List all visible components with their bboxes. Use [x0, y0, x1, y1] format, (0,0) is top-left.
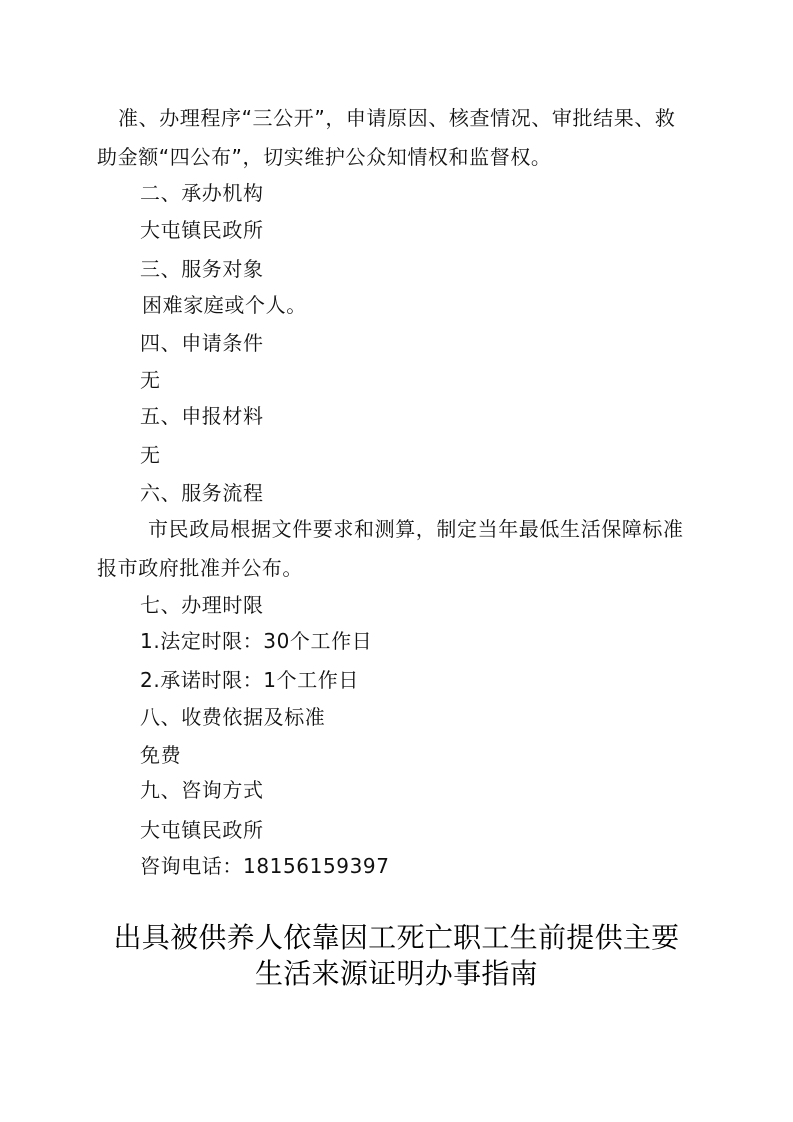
section-value-fees: 免费 [140, 742, 181, 768]
section-value-materials: 无 [140, 442, 161, 468]
section-value-agency: 大屯镇民政所 [140, 217, 264, 243]
section-value-process: 市民政局根据文件要求和测算，制定当年最低生活保障标准 [148, 516, 684, 542]
section-heading-time-limit: 七、办理时限 [140, 592, 264, 618]
section-heading-fees: 八、收费依据及标准 [140, 704, 325, 730]
contact-office: 大屯镇民政所 [140, 817, 264, 843]
time-limit-legal: 1.法定时限：30个工作日 [140, 628, 372, 654]
section-value-service-target: 困难家庭或个人。 [142, 292, 307, 318]
section-heading-agency: 二、承办机构 [140, 180, 264, 206]
section-heading-materials: 五、申报材料 [140, 403, 264, 429]
contact-phone: 咨询电话：18156159397 [140, 853, 390, 879]
section-heading-process: 六、服务流程 [140, 480, 264, 506]
paragraph-continuation: 准、办理程序“三公开”，申请原因、核查情况、审批结果、救 [118, 105, 676, 131]
next-guide-title-line2: 生活来源证明办事指南 [0, 956, 793, 992]
section-value-conditions: 无 [140, 367, 161, 393]
time-limit-promised: 2.承诺时限：1个工作日 [140, 667, 359, 693]
section-heading-service-target: 三、服务对象 [140, 256, 264, 282]
section-heading-conditions: 四、申请条件 [140, 330, 264, 356]
paragraph-continuation: 助金额“四公布”，切实维护公众知情权和监督权。 [97, 144, 552, 170]
section-value-process-cont: 报市政府批准并公布。 [97, 555, 303, 581]
section-heading-contact: 九、咨询方式 [140, 777, 264, 803]
next-guide-title-line1: 出具被供养人依靠因工死亡职工生前提供主要 [0, 920, 793, 956]
